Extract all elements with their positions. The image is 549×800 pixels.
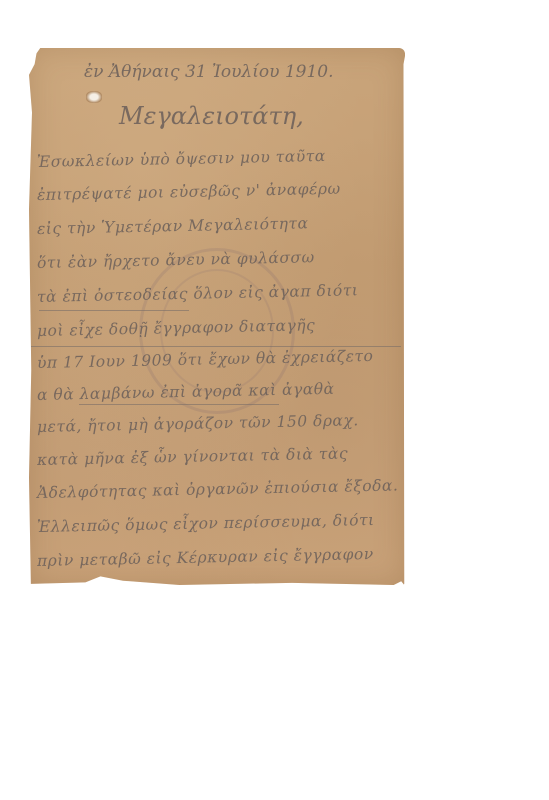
body-line-5: τὰ ἐπὶ ὀστεοδείας ὅλον εἰς ἀγαπ διότι xyxy=(37,281,359,306)
underline-1 xyxy=(39,310,189,311)
body-line-13: πρὶν μεταβῶ εἰς Κέρκυραν εἰς ἔγγραφον xyxy=(37,545,374,570)
underline-3 xyxy=(79,404,279,405)
underline-2 xyxy=(31,346,401,347)
body-line-4: ὅτι ἐὰν ἤρχετο ἄνευ νὰ φυλάσσω xyxy=(37,248,315,272)
body-line-7: ὑπ 17 Ιουν 1909 ὅτι ἔχων θὰ ἐχρειάζετο xyxy=(37,347,374,372)
body-line-8: α θὰ λαμβάνω ἐπὶ ἀγορᾶ καὶ ἀγαθὰ xyxy=(37,380,335,404)
body-line-12: Ἐλλειπῶς ὅμως εἶχον περίσσευμα, διότι xyxy=(37,511,375,536)
place-date-line: ἐν Ἀθήναις 31 Ἰουλίου 1910. xyxy=(84,62,334,82)
body-line-2: ἐπιτρέψατέ μοι εὐσεβῶς ν' ἀναφέρω xyxy=(37,180,341,204)
salutation: Μεγαλειοτάτη, xyxy=(119,102,304,130)
scan-canvas: ἐν Ἀθήναις 31 Ἰουλίου 1910. Μεγαλειοτάτη… xyxy=(0,0,549,800)
body-line-3: εἰς τὴν Ὑμετέραν Μεγαλειότητα xyxy=(37,214,309,238)
body-line-9: μετά, ἤτοι μὴ ἀγοράζον τῶν 150 δραχ. xyxy=(37,411,359,436)
body-line-10: κατὰ μῆνα ἐξ ὧν γίνονται τὰ διὰ τὰς xyxy=(37,444,348,469)
letter-paper: ἐν Ἀθήναις 31 Ἰουλίου 1910. Μεγαλειοτάτη… xyxy=(29,48,405,585)
paper-hole xyxy=(86,91,102,103)
body-line-1: Ἐσωκλείων ὑπὸ ὄψεσιν μου ταῦτα xyxy=(37,147,326,171)
body-line-11: Ἀδελφότητας καὶ ὀργανῶν ἐπιούσια ἔξοδα. xyxy=(37,476,399,502)
